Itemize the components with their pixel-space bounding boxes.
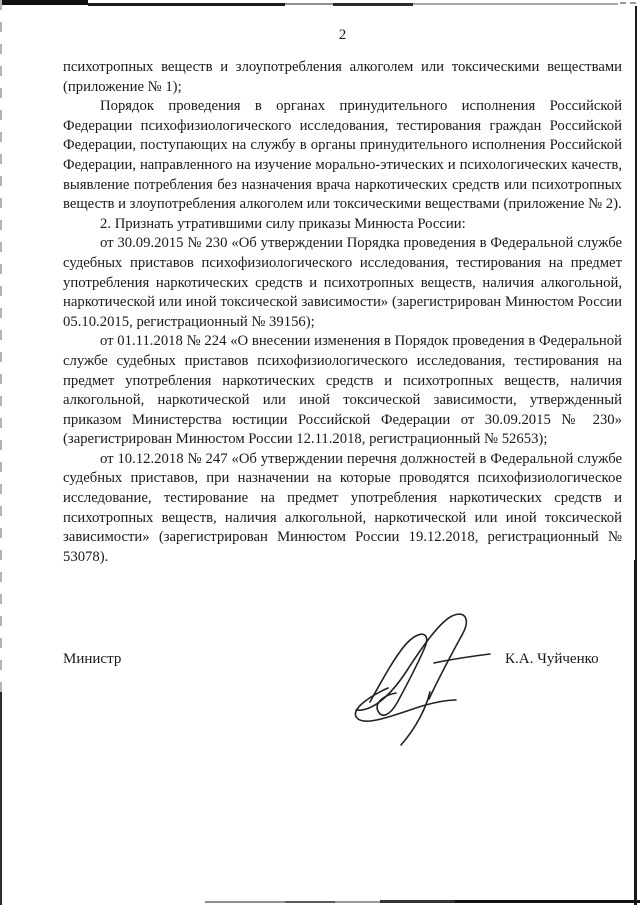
scan-artifact-top-edge bbox=[620, 2, 640, 4]
paragraph-continuation: психотропных веществ и злоупотребления а… bbox=[63, 58, 622, 97]
document-body: психотропных веществ и злоупотребления а… bbox=[63, 58, 622, 567]
scan-artifact-bottom-edge bbox=[335, 901, 380, 903]
paragraph-item-2: 2. Признать утратившими силу приказы Мин… bbox=[63, 215, 622, 235]
page-number: 2 bbox=[63, 27, 622, 44]
signature-role-label: Министр bbox=[63, 651, 121, 668]
scan-artifact-top-edge bbox=[88, 3, 285, 6]
handwritten-signature bbox=[338, 602, 498, 747]
scan-artifact-top-edge bbox=[0, 0, 88, 5]
scan-artifact-bottom-edge bbox=[205, 901, 285, 903]
scan-artifact-bottom-edge bbox=[285, 901, 335, 903]
paragraph-order-224: от 01.11.2018 № 224 «О внесении изменени… bbox=[63, 332, 622, 450]
paragraph-order-247: от 10.12.2018 № 247 «Об утверждении пере… bbox=[63, 450, 622, 568]
scan-artifact-bottom-edge bbox=[455, 900, 640, 903]
scan-artifact-left-edge bbox=[0, 692, 2, 905]
scan-artifact-left-edge bbox=[0, 0, 2, 692]
scan-artifact-top-edge bbox=[285, 3, 333, 5]
scan-artifact-top-edge bbox=[413, 3, 618, 5]
scan-artifact-top-edge bbox=[333, 3, 413, 6]
scanned-document-page: { "page": { "number": "2" }, "colors": {… bbox=[0, 0, 640, 905]
paragraph-order-230: от 30.09.2015 № 230 «Об утверждении Поря… bbox=[63, 234, 622, 332]
paragraph-appendix-2: Порядок проведения в органах принудитель… bbox=[63, 97, 622, 215]
signature-name: К.А. Чуйченко bbox=[505, 651, 599, 668]
scan-artifact-bottom-edge bbox=[380, 900, 455, 903]
scan-artifact-right-edge bbox=[635, 6, 637, 905]
scan-artifact-right-edge bbox=[634, 560, 635, 905]
